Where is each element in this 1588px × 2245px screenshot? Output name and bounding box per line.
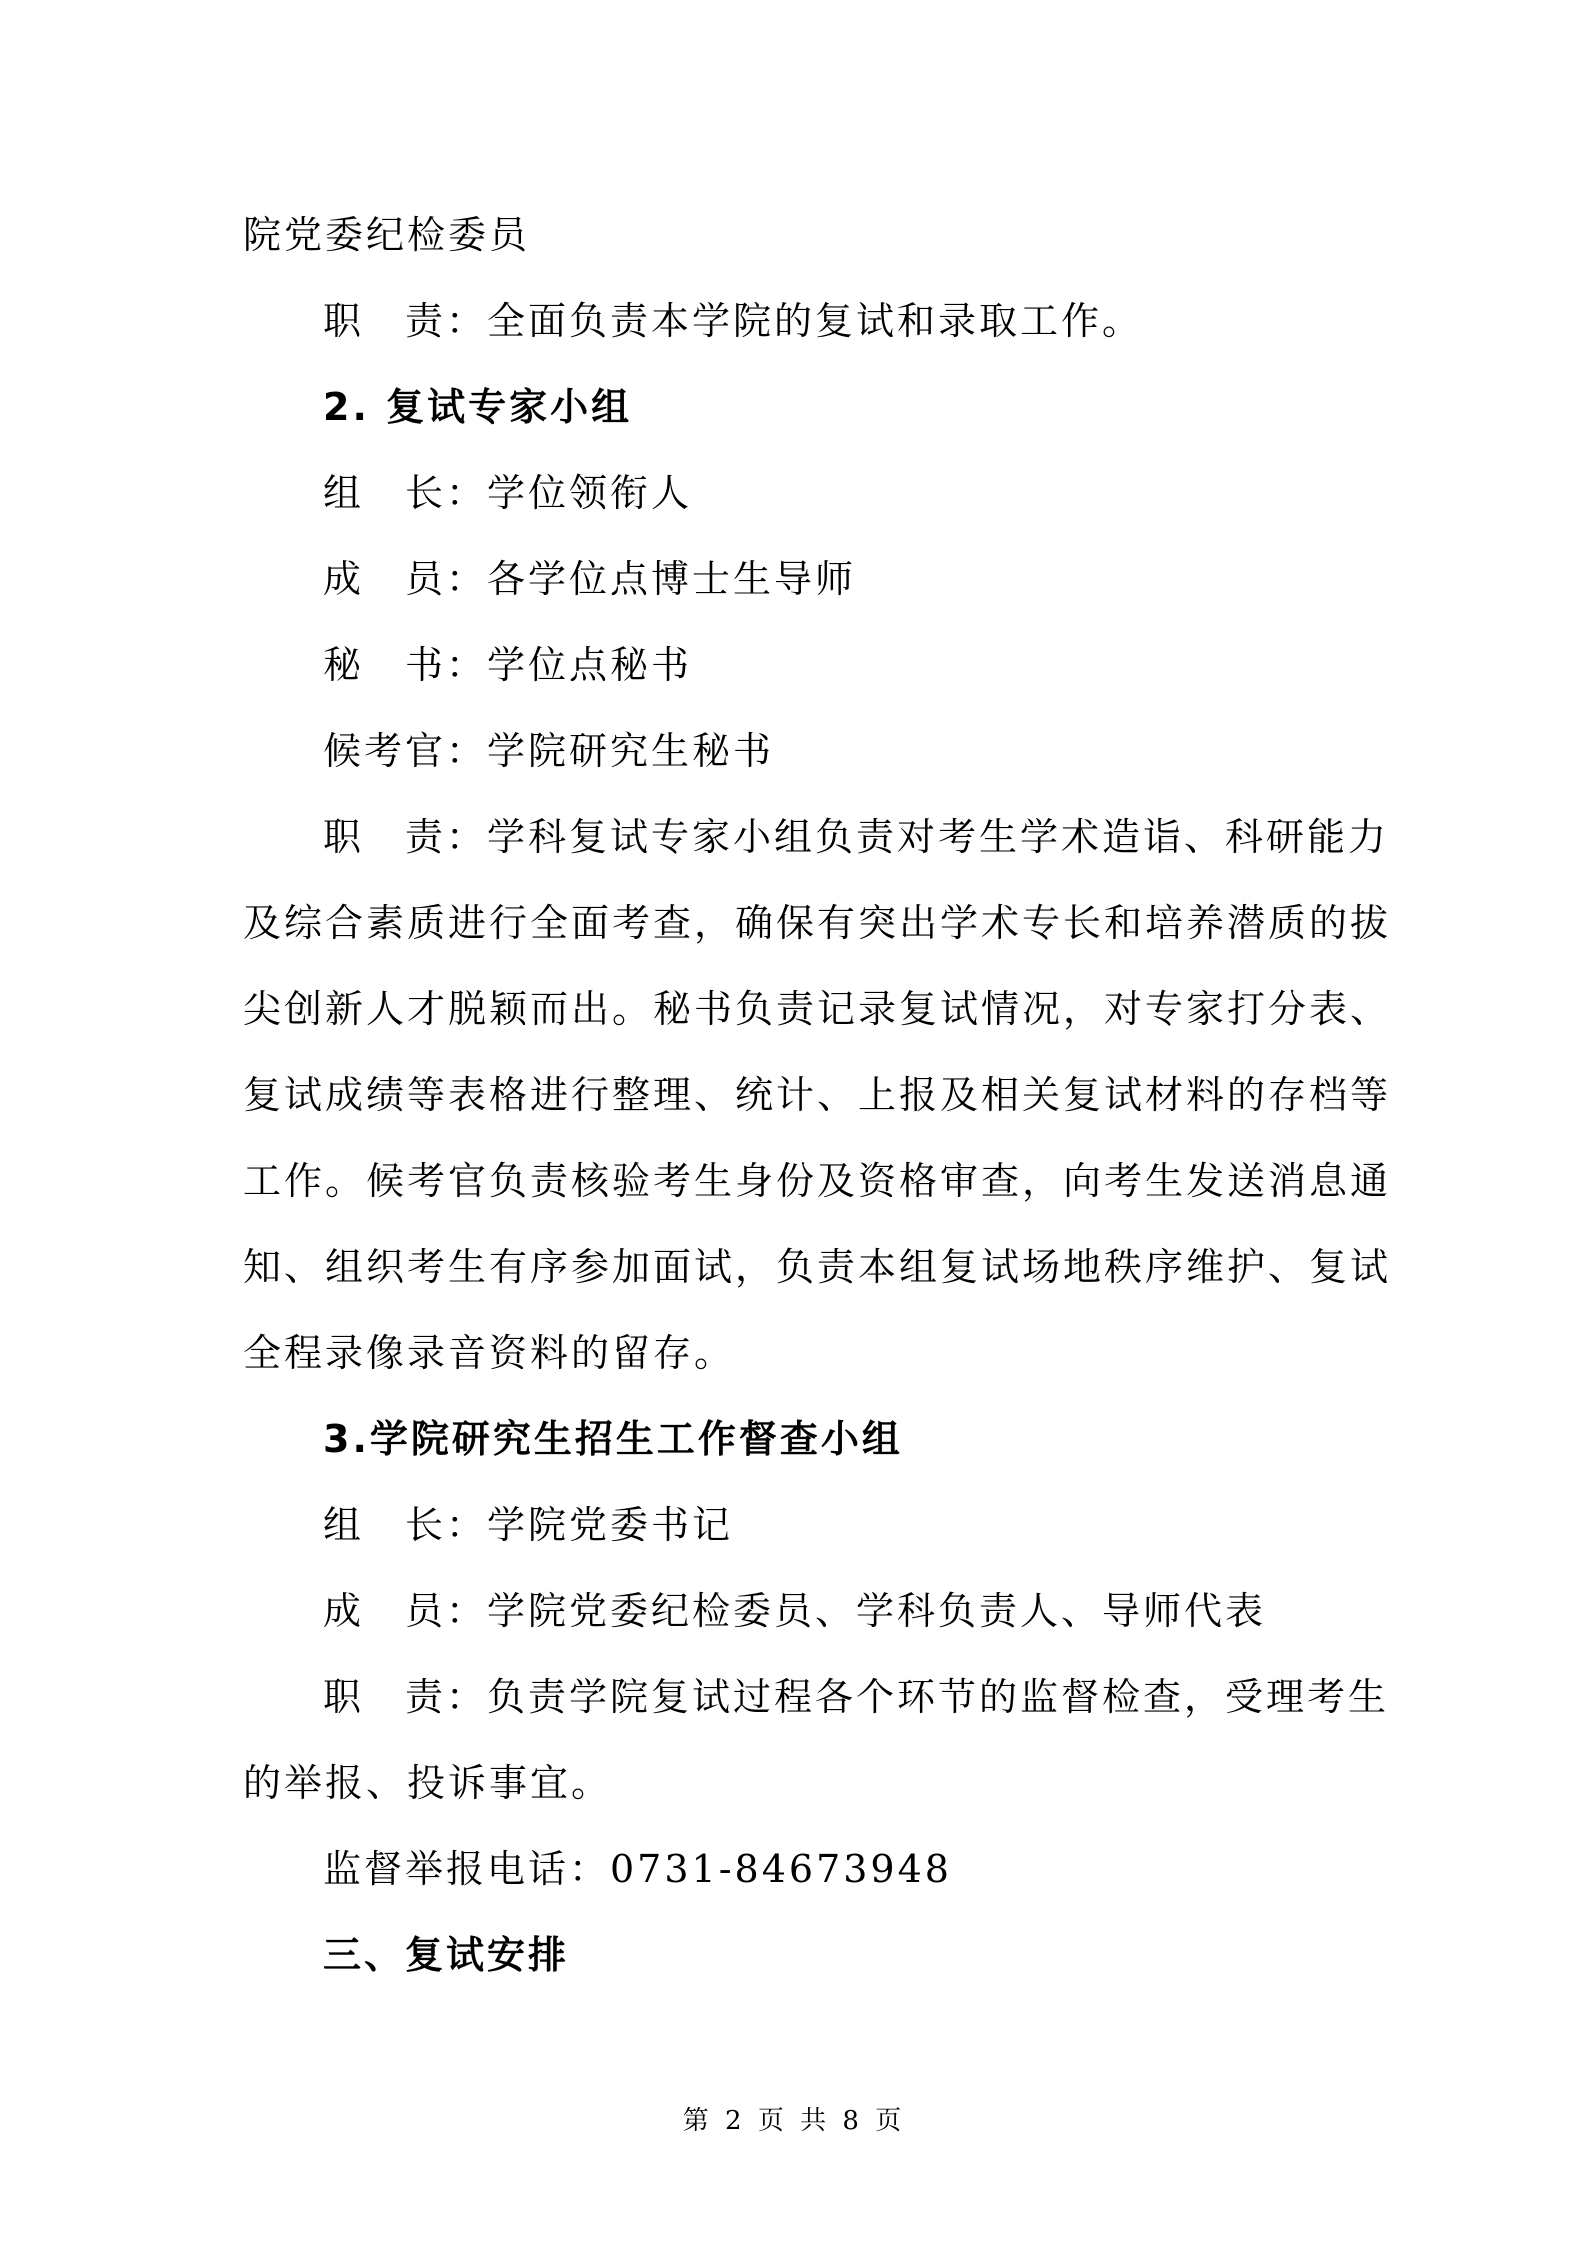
paragraph-line: 成 员：学院党委纪检委员、学科负责人、导师代表: [323, 1586, 1266, 1636]
paragraph-line: 秘 书：学位点秘书: [323, 640, 692, 690]
paragraph-line: 复试成绩等表格进行整理、统计、上报及相关复试材料的存档等: [243, 1070, 1391, 1120]
paragraph-line: 候考官：学院研究生秘书: [323, 726, 774, 776]
section-heading: 三、复试安排: [323, 1930, 569, 1980]
paragraph-line: 院党委纪检委员: [243, 210, 530, 260]
paragraph-line: 组 长：学位领衔人: [323, 468, 692, 518]
paragraph-line: 全程录像录音资料的留存。: [243, 1328, 735, 1378]
paragraph-line: 尖创新人才脱颖而出。秘书负责记录复试情况，对专家打分表、: [243, 984, 1391, 1034]
paragraph-line: 职 责：负责学院复试过程各个环节的监督检查，受理考生: [323, 1672, 1389, 1722]
paragraph-line: 职 责：全面负责本学院的复试和录取工作。: [323, 296, 1143, 346]
section-heading: 2. 复试专家小组: [323, 382, 632, 432]
paragraph-line: 组 长：学院党委书记: [323, 1500, 733, 1550]
paragraph-line: 知、组织考生有序参加面试，负责本组复试场地秩序维护、复试: [243, 1242, 1391, 1292]
section-heading: 3.学院研究生招生工作督查小组: [323, 1414, 903, 1464]
paragraph-line: 监督举报电话：0731-84673948: [323, 1844, 952, 1894]
page-footer: 第 2 页 共 8 页: [0, 2100, 1588, 2137]
paragraph-line: 工作。候考官负责核验考生身份及资格审查，向考生发送消息通: [243, 1156, 1391, 1206]
paragraph-line: 职 责：学科复试专家小组负责对考生学术造诣、科研能力: [323, 812, 1389, 862]
paragraph-line: 及综合素质进行全面考查，确保有突出学术专长和培养潜质的拔: [243, 898, 1391, 948]
paragraph-line: 成 员：各学位点博士生导师: [323, 554, 856, 604]
paragraph-line: 的举报、投诉事宜。: [243, 1758, 612, 1808]
